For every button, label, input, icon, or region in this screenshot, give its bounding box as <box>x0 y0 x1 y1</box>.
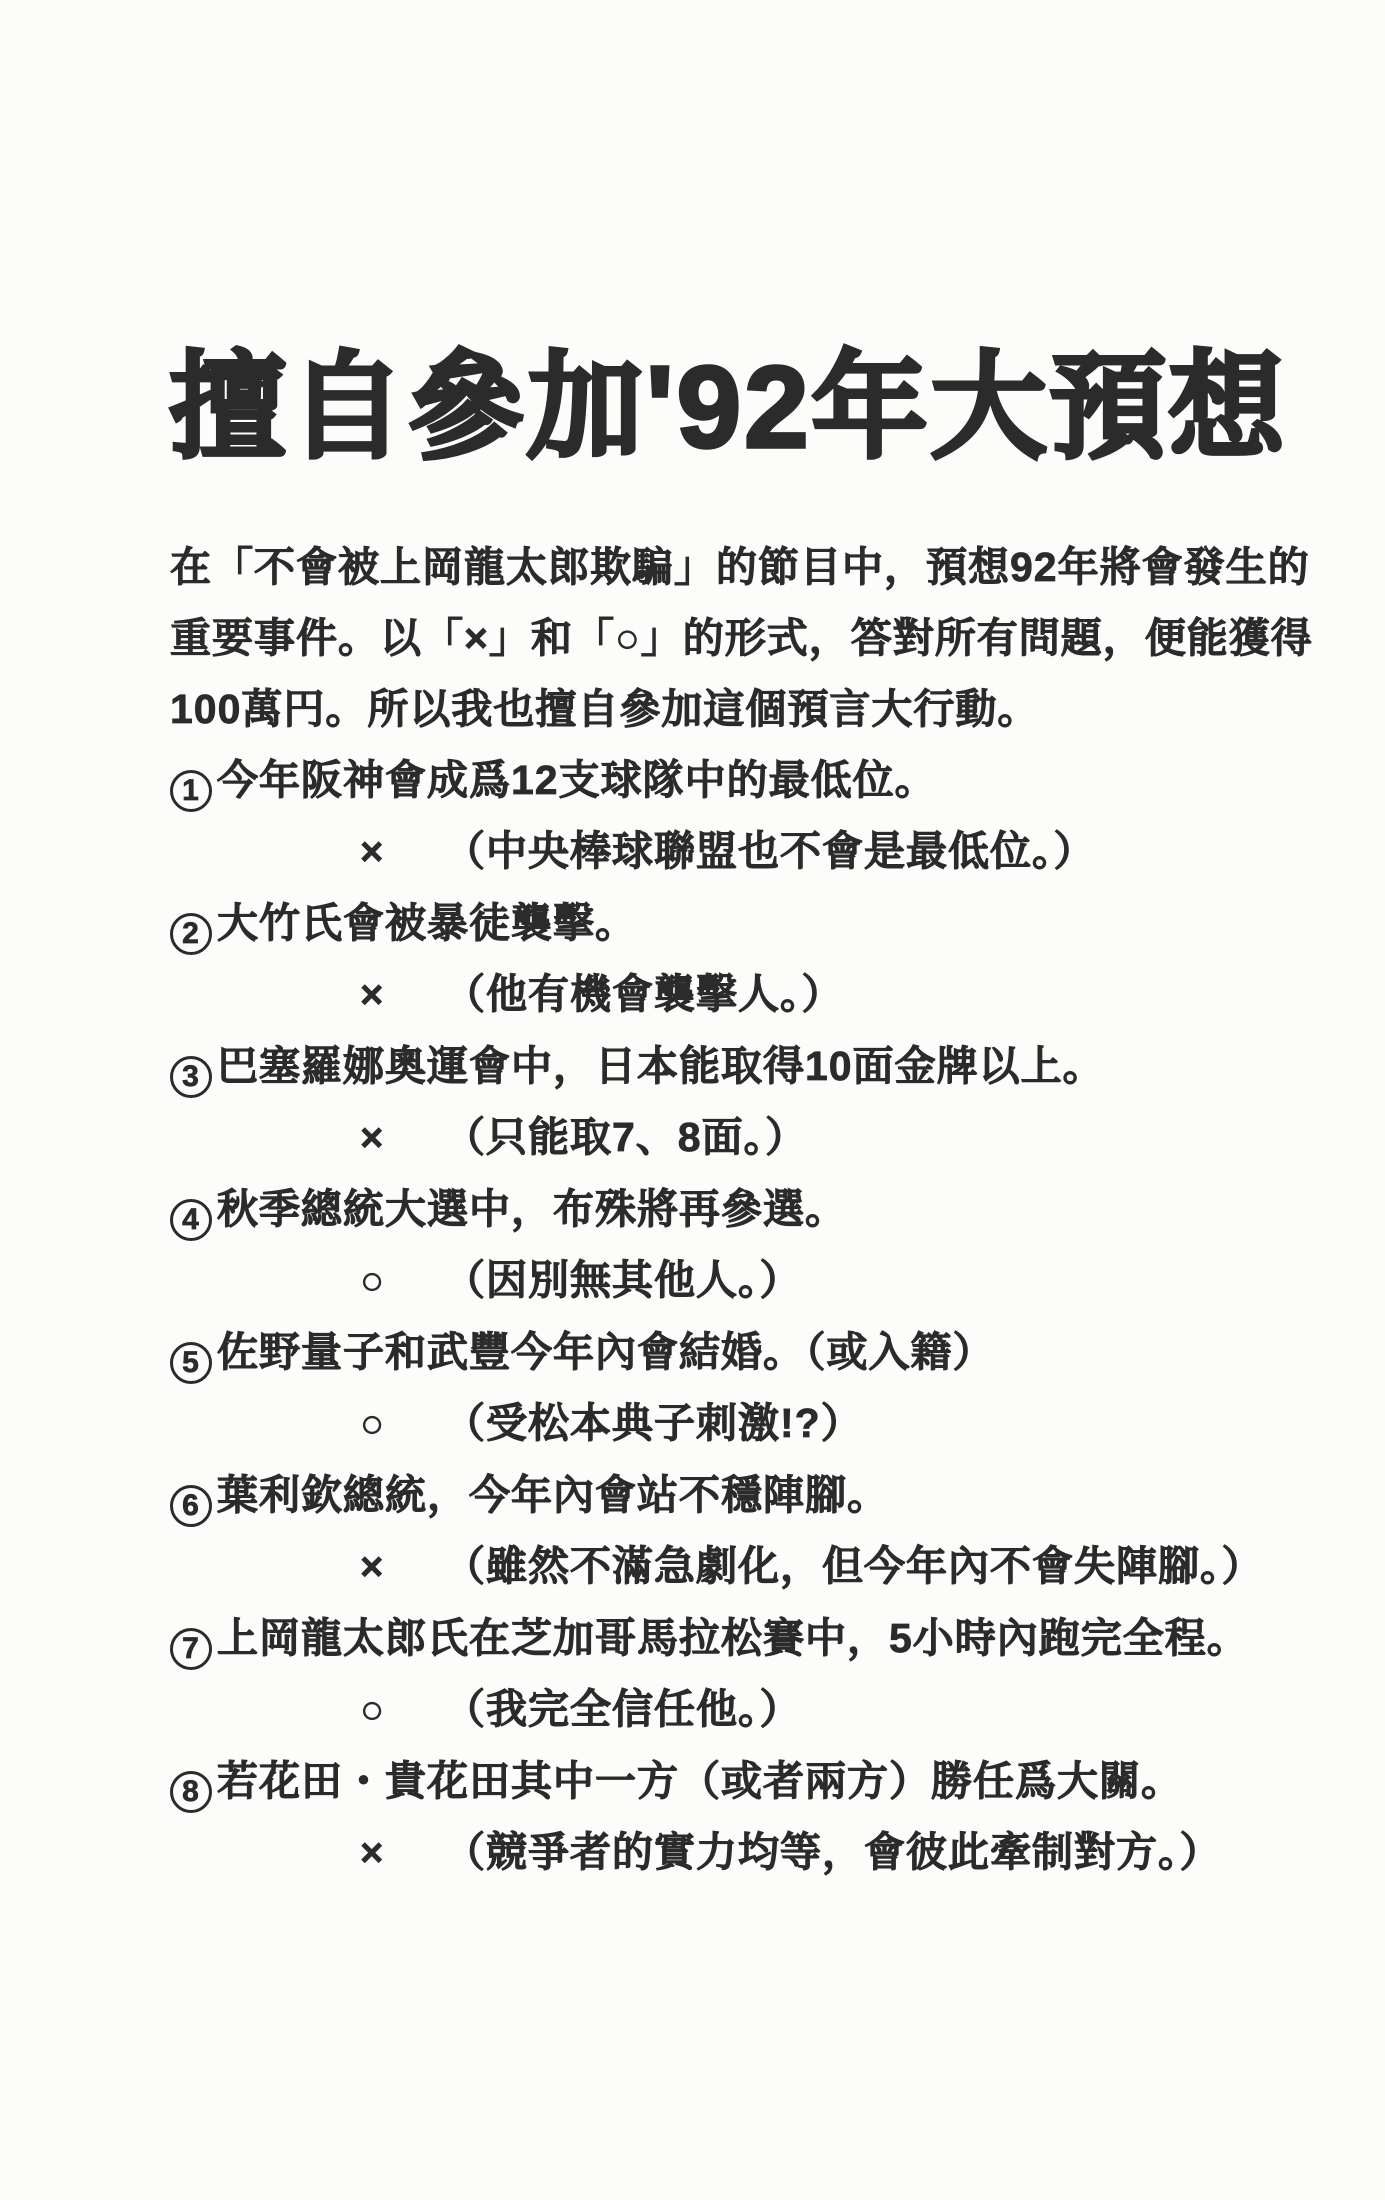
prediction-item: 6葉利欽總統，今年內會站不穩陣腳。 ×（雖然不滿急劇化，但今年內不會失陣腳。） <box>170 1460 1240 1603</box>
answer-mark: ○ <box>360 1246 444 1317</box>
item-question: 今年阪神會成爲12支球隊中的最低位。 <box>217 757 937 803</box>
item-question: 巴塞羅娜奧運會中，日本能取得10面金牌以上。 <box>217 1043 1105 1089</box>
item-answer-line: ×（競爭者的實力均等，會彼此牽制對方。） <box>170 1817 1240 1889</box>
item-question: 葉利欽總統，今年內會站不穩陣腳。 <box>217 1472 889 1518</box>
prediction-item: 1今年阪神會成爲12支球隊中的最低位。 ×（中央棒球聯盟也不會是最低位。） <box>170 745 1240 888</box>
answer-mark: × <box>360 1818 444 1889</box>
item-question-line: 6葉利欽總統，今年內會站不穩陣腳。 <box>170 1460 1240 1531</box>
answer-comment: （只能取7、8面。） <box>444 1114 807 1160</box>
item-question: 上岡龍太郎氏在芝加哥馬拉松賽中，5小時內跑完全程。 <box>217 1615 1249 1661</box>
page-title: 擅自參加'92年大預想 <box>170 340 1240 474</box>
item-number-circled: 5 <box>170 1342 212 1384</box>
item-answer-line: ○（我完全信任他。） <box>170 1674 1240 1746</box>
item-question: 若花田・貴花田其中一方（或者兩方）勝任爲大關。 <box>217 1758 1183 1804</box>
item-question-line: 1今年阪神會成爲12支球隊中的最低位。 <box>170 745 1240 816</box>
answer-comment: （雖然不滿急劇化，但今年內不會失陣腳。） <box>444 1543 1264 1589</box>
document-page: 擅自參加'92年大預想 在「不會被上岡龍太郎欺騙」的節目中，預想92年將會發生的… <box>0 0 1385 2200</box>
item-question-line: 3巴塞羅娜奧運會中，日本能取得10面金牌以上。 <box>170 1031 1240 1102</box>
prediction-item: 8若花田・貴花田其中一方（或者兩方）勝任爲大關。 ×（競爭者的實力均等，會彼此牽… <box>170 1746 1240 1889</box>
prediction-item: 7上岡龍太郎氏在芝加哥馬拉松賽中，5小時內跑完全程。 ○（我完全信任他。） <box>170 1603 1240 1746</box>
item-question: 秋季總統大選中，布殊將再參選。 <box>217 1186 847 1232</box>
intro-line: 重要事件。以「×」和「○」的形式，答對所有問題，便能獲得 <box>170 603 1240 674</box>
item-question-line: 2大竹氏會被暴徒襲擊。 <box>170 888 1240 959</box>
answer-comment: （競爭者的實力均等，會彼此牽制對方。） <box>444 1829 1222 1875</box>
item-question-line: 7上岡龍太郎氏在芝加哥馬拉松賽中，5小時內跑完全程。 <box>170 1603 1240 1674</box>
item-question: 大竹氏會被暴徒襲擊。 <box>217 900 637 946</box>
item-number-circled: 7 <box>170 1628 212 1670</box>
answer-comment: （因別無其他人。） <box>444 1257 802 1303</box>
item-number-circled: 2 <box>170 913 212 955</box>
answer-comment: （中央棒球聯盟也不會是最低位。） <box>444 828 1096 874</box>
answer-mark: × <box>360 817 444 888</box>
answer-mark: ○ <box>360 1675 444 1746</box>
prediction-item: 2大竹氏會被暴徒襲擊。 ×（他有機會襲擊人。） <box>170 888 1240 1031</box>
prediction-item: 4秋季總統大選中，布殊將再參選。 ○（因別無其他人。） <box>170 1174 1240 1317</box>
item-question-line: 4秋季總統大選中，布殊將再參選。 <box>170 1174 1240 1245</box>
item-answer-line: ○（因別無其他人。） <box>170 1245 1240 1317</box>
item-question-line: 8若花田・貴花田其中一方（或者兩方）勝任爲大關。 <box>170 1746 1240 1817</box>
item-number-circled: 6 <box>170 1485 212 1527</box>
item-question-line: 5佐野量子和武豐今年內會結婚。（或入籍） <box>170 1317 1240 1388</box>
item-number-circled: 4 <box>170 1199 212 1241</box>
answer-comment: （他有機會襲擊人。） <box>444 971 844 1017</box>
answer-mark: ○ <box>360 1389 444 1460</box>
answer-mark: × <box>360 1532 444 1603</box>
prediction-item: 3巴塞羅娜奧運會中，日本能取得10面金牌以上。 ×（只能取7、8面。） <box>170 1031 1240 1174</box>
answer-mark: × <box>360 1103 444 1174</box>
answer-mark: × <box>360 960 444 1031</box>
body-text: 在「不會被上岡龍太郎欺騙」的節目中，預想92年將會發生的 重要事件。以「×」和「… <box>170 532 1240 1889</box>
intro-line: 100萬円。所以我也擅自參加這個預言大行動。 <box>170 674 1240 745</box>
item-question: 佐野量子和武豐今年內會結婚。（或入籍） <box>217 1329 995 1375</box>
item-answer-line: ×（他有機會襲擊人。） <box>170 959 1240 1031</box>
prediction-item: 5佐野量子和武豐今年內會結婚。（或入籍） ○（受松本典子刺激!?） <box>170 1317 1240 1460</box>
item-number-circled: 8 <box>170 1771 212 1813</box>
answer-comment: （受松本典子刺激!?） <box>444 1400 863 1446</box>
item-answer-line: ×（只能取7、8面。） <box>170 1102 1240 1174</box>
item-answer-line: ×（雖然不滿急劇化，但今年內不會失陣腳。） <box>170 1531 1240 1603</box>
intro-line: 在「不會被上岡龍太郎欺騙」的節目中，預想92年將會發生的 <box>170 532 1240 603</box>
item-answer-line: ○（受松本典子刺激!?） <box>170 1388 1240 1460</box>
page-content: 擅自參加'92年大預想 在「不會被上岡龍太郎欺騙」的節目中，預想92年將會發生的… <box>170 340 1240 1889</box>
item-number-circled: 1 <box>170 770 212 812</box>
item-answer-line: ×（中央棒球聯盟也不會是最低位。） <box>170 816 1240 888</box>
item-number-circled: 3 <box>170 1056 212 1098</box>
answer-comment: （我完全信任他。） <box>444 1686 802 1732</box>
